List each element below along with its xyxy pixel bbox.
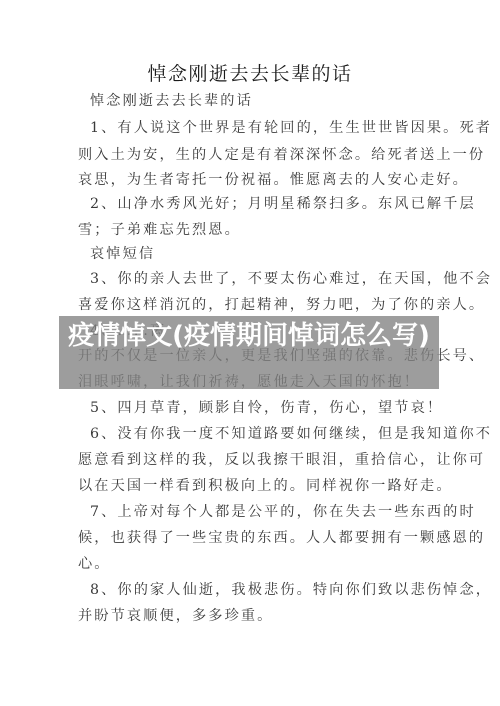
paragraph-line: 3、你的亲人去世了，不要太伤心难过，在天国，他不会 bbox=[90, 270, 436, 288]
caption-banner-text: 疫情悼文(疫情期间悼词怎么写) bbox=[59, 316, 439, 352]
paragraph-line: 7、上帝对每个人都是公平的，你在失去一些东西的时 bbox=[90, 503, 436, 521]
document-title: 悼念刚逝去去长辈的话 bbox=[0, 62, 500, 86]
paragraph-line: 8、你的家人仙逝，我极悲伤。特向你们致以悲伤悼念， bbox=[90, 581, 436, 599]
subtitle: 悼念刚逝去去长辈的话 bbox=[90, 92, 436, 110]
paragraph-line: 候，也获得了一些宝贵的东西。人人都要拥有一颗感恩的 bbox=[78, 529, 424, 547]
paragraph-line: 5、四月草青，顾影自怜，伤青，伤心，望节哀！ bbox=[90, 399, 436, 417]
paragraph-line: 以在天国一样看到积极向上的。同样祝你一路好走。 bbox=[78, 477, 424, 495]
section-heading: 哀悼短信 bbox=[90, 245, 436, 263]
paragraph-line: 雪；子弟难忘先烈恩。 bbox=[78, 221, 424, 239]
paragraph-line: 愿意看到这样的我，反以我擦干眼泪，重拾信心，让你可 bbox=[78, 451, 424, 469]
paragraph-line: 喜爱你这样消沉的，打起精神，努力吧，为了你的亲人。 bbox=[78, 296, 424, 314]
paragraph-line: 2、山净水秀风光好；月明星稀祭扫多。东风已解千层 bbox=[90, 195, 436, 213]
paragraph-line: 哀思，为生者寄托一份祝福。惟愿离去的人安心走好。 bbox=[78, 171, 424, 189]
paragraph-line: 并盼节哀顺便，多多珍重。 bbox=[78, 607, 424, 625]
paragraph-line: 6、没有你我一度不知道路要如何继续，但是我知道你不 bbox=[90, 425, 436, 443]
paragraph-line: 1、有人说这个世界是有轮回的，生生世世皆因果。死者 bbox=[90, 119, 436, 137]
paragraph-line: 心。 bbox=[78, 555, 424, 573]
paragraph-line: 则入土为安，生的人定是有着深深怀念。给死者送上一份 bbox=[78, 146, 424, 164]
